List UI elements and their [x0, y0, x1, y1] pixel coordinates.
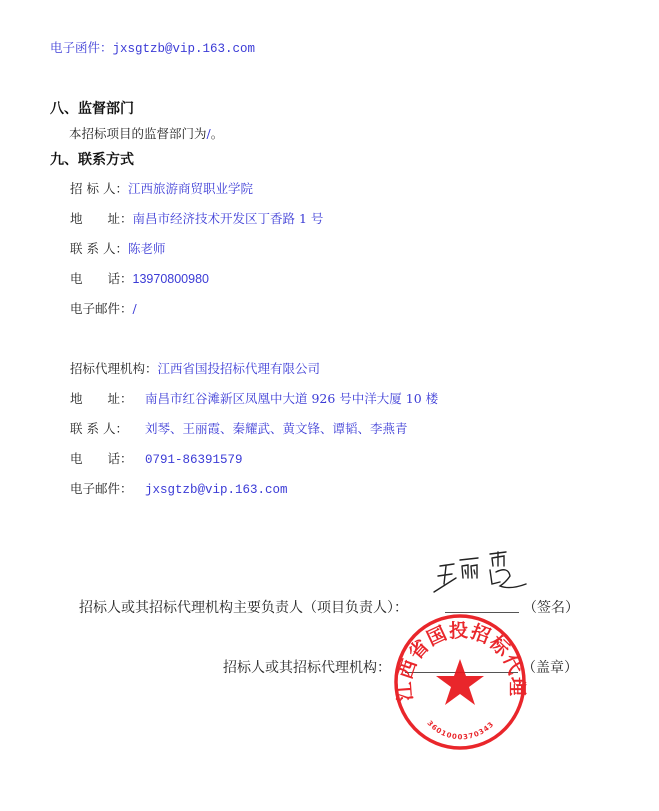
agency-phone-row: 电 话：0791-86391579 — [70, 449, 243, 467]
section-8-body: 本招标项目的监督部门为/。 — [69, 124, 223, 142]
tenderer-phone-label: 电 话： — [70, 269, 133, 287]
agency-value: 江西省国投招标代理有限公司 — [158, 361, 321, 376]
tenderer-email-value: / — [133, 301, 137, 316]
seal-suffix: （盖章） — [522, 657, 578, 677]
tenderer-contact-row: 联 系 人：陈老师 — [70, 239, 165, 257]
signature-scribble-icon — [430, 548, 540, 600]
tenderer-email-row: 电子邮件：/ — [70, 299, 137, 317]
seal-line-label: 招标人或其招标代理机构： — [223, 657, 391, 677]
top-email-label: 电子函件： — [50, 40, 113, 55]
agency-email-row: 电子邮件：jxsgtzb@vip.163.com — [70, 479, 288, 497]
tenderer-label: 招 标 人： — [70, 179, 128, 197]
tenderer-phone-value: 13970800980 — [133, 272, 209, 286]
tenderer-row: 招 标 人：江西旅游商贸职业学院 — [70, 179, 253, 197]
section-8-heading: 八、监督部门 — [50, 98, 134, 118]
stamp-number-text: 3601000370343 — [425, 719, 495, 741]
tenderer-phone-row: 电 话：13970800980 — [70, 269, 209, 287]
company-stamp: 江西省国投招标代理有限公司 3601000370343 — [392, 612, 528, 752]
tenderer-address-label: 地 址： — [70, 209, 133, 227]
tenderer-email-label: 电子邮件： — [70, 299, 133, 317]
agency-row: 招标代理机构：江西省国投招标代理有限公司 — [70, 359, 320, 377]
tenderer-contact-label: 联 系 人： — [70, 239, 128, 257]
agency-phone-value: 0791-86391579 — [145, 453, 243, 467]
agency-label: 招标代理机构： — [70, 359, 158, 377]
agency-phone-label: 电 话： — [70, 449, 145, 467]
tenderer-value: 江西旅游商贸职业学院 — [128, 181, 253, 196]
agency-address-row: 地 址：南昌市红谷滩新区凤凰中大道 926 号中洋大厦 10 楼 — [70, 389, 438, 407]
tenderer-contact-value: 陈老师 — [128, 241, 166, 256]
section-9-heading: 九、联系方式 — [50, 149, 134, 169]
agency-address-label: 地 址： — [70, 389, 145, 407]
signature-suffix: （签名） — [523, 597, 579, 617]
stamp-seal-icon: 江西省国投招标代理有限公司 3601000370343 — [392, 612, 528, 752]
tenderer-address-row: 地 址：南昌市经济技术开发区丁香路 1 号 — [70, 209, 323, 227]
tenderer-address-value: 南昌市经济技术开发区丁香路 1 号 — [133, 211, 324, 226]
signature-line-label: 招标人或其招标代理机构主要负责人（项目负责人）： — [79, 597, 408, 617]
section-8-body-suffix: 。 — [211, 126, 224, 141]
top-email-value: jxsgtzb@vip.163.com — [113, 42, 256, 56]
agency-email-value: jxsgtzb@vip.163.com — [145, 483, 288, 497]
agency-address-value: 南昌市红谷滩新区凤凰中大道 926 号中洋大厦 10 楼 — [145, 391, 438, 406]
agency-contact-row: 联 系 人：刘琴、王丽霞、秦耀武、黄文锋、谭韬、李燕青 — [70, 419, 408, 437]
agency-email-label: 电子邮件： — [70, 479, 145, 497]
agency-contact-label: 联 系 人： — [70, 419, 145, 437]
handwritten-signature — [430, 548, 540, 600]
top-email-line: 电子函件：jxsgtzb@vip.163.com — [50, 38, 255, 56]
section-8-body-prefix: 本招标项目的监督部门为 — [69, 126, 207, 141]
svg-text:3601000370343: 3601000370343 — [425, 719, 495, 741]
agency-contact-value: 刘琴、王丽霞、秦耀武、黄文锋、谭韬、李燕青 — [145, 421, 408, 436]
